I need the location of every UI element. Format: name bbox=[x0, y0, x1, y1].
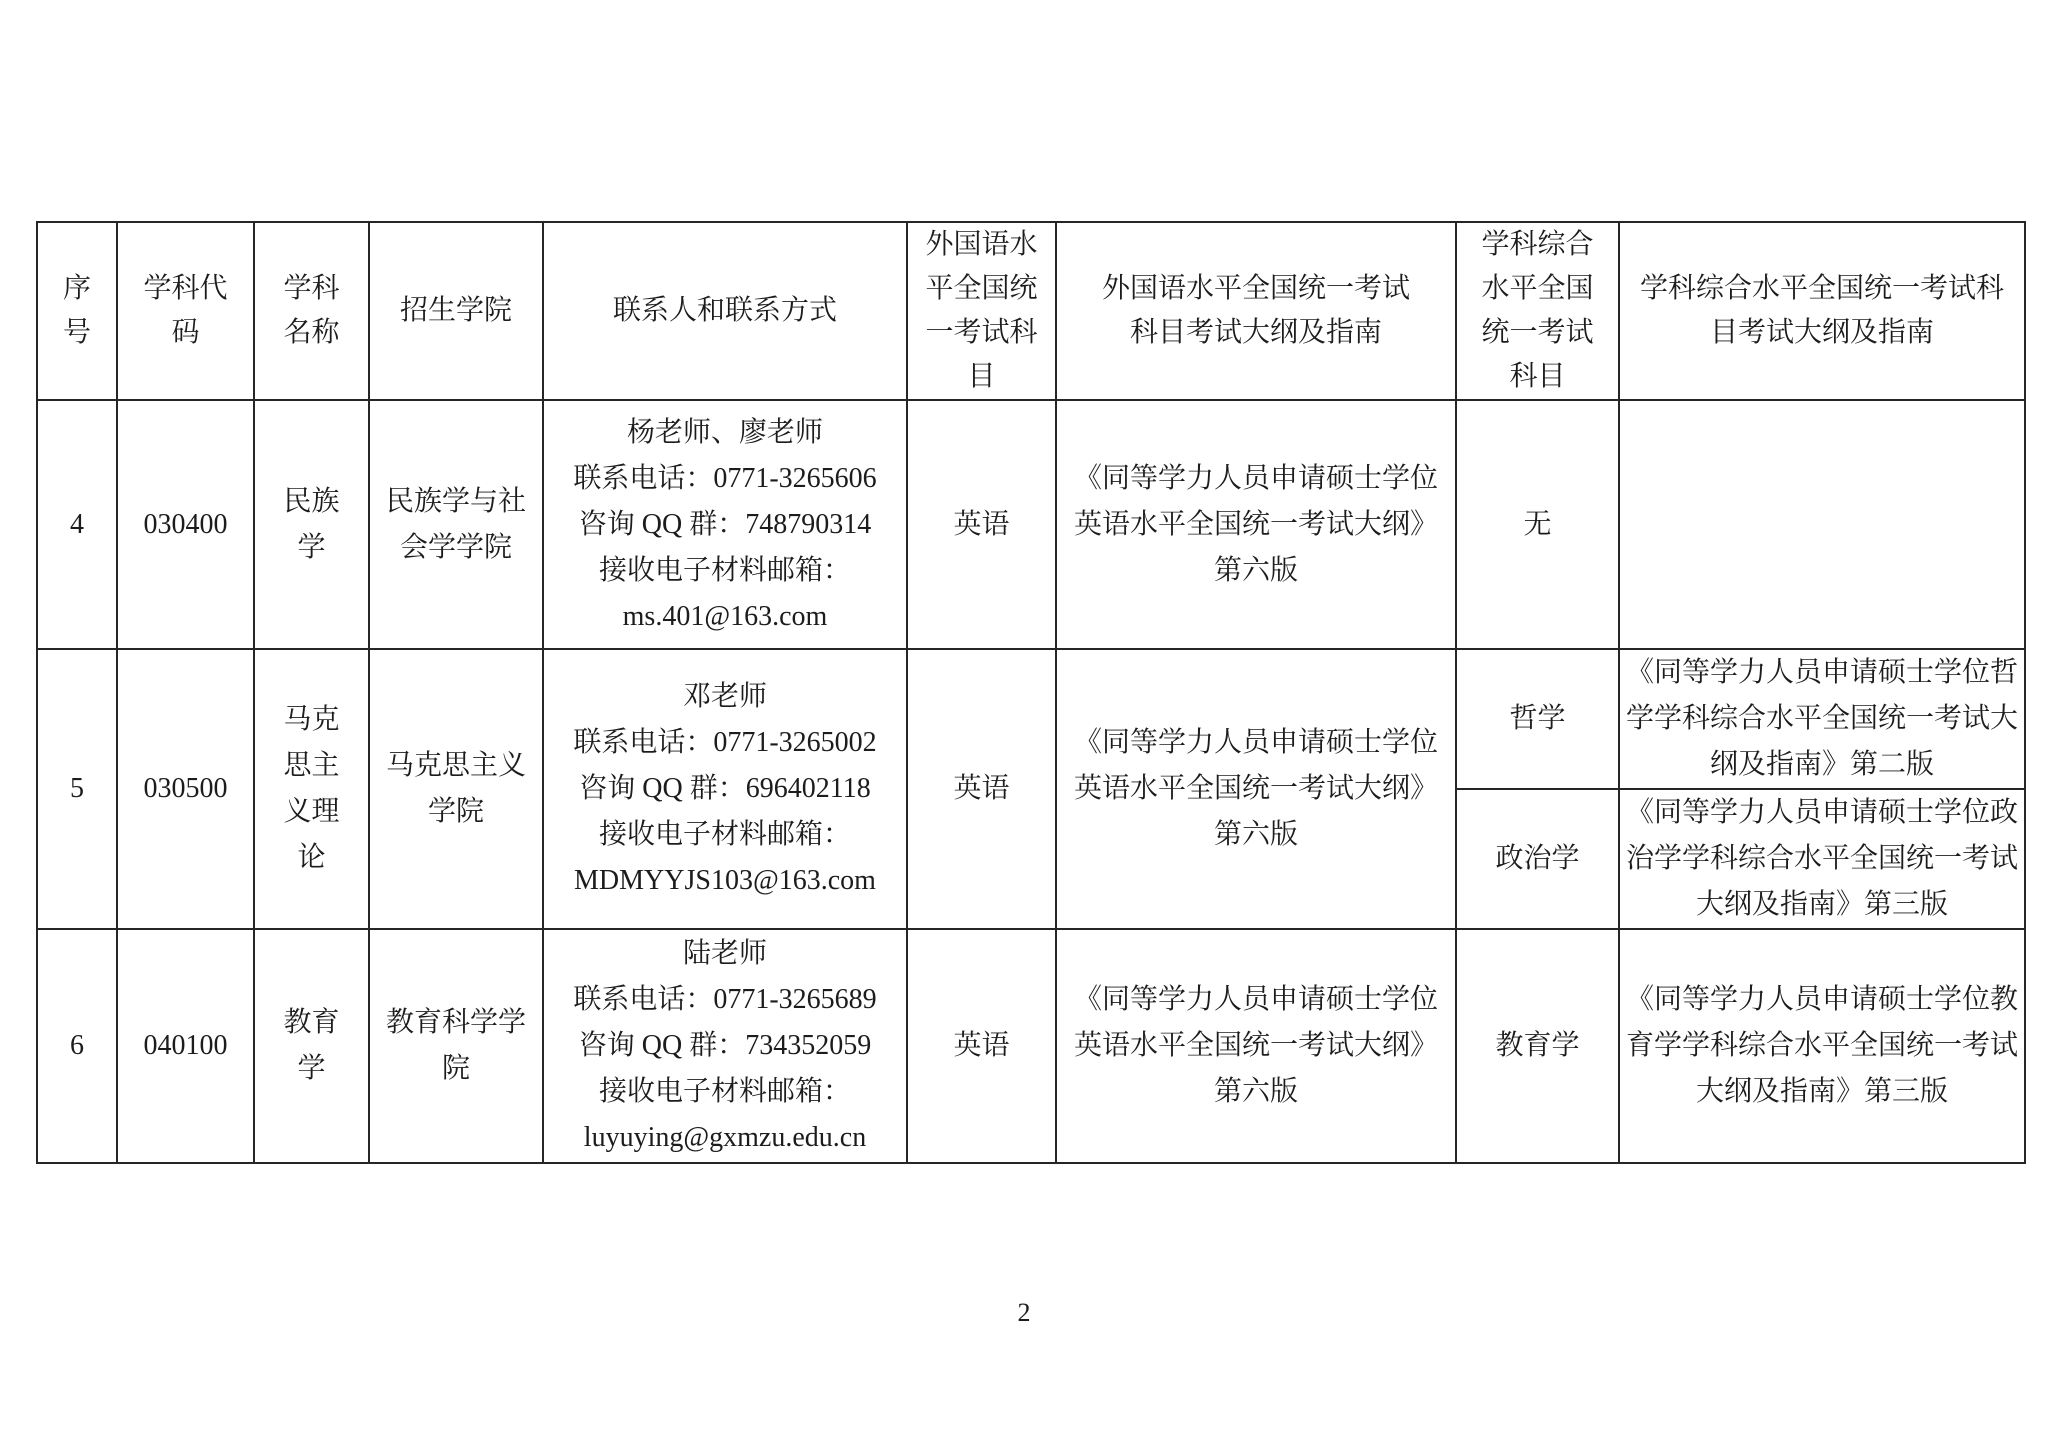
table-header-row: 序 号 学科代 码 学科 名称 招生学院 联系人和联系方式 外国语水 平全国统 … bbox=[37, 222, 2025, 400]
table-row: 6 040100 教育 学 教育科学学 院 陆老师 联系电话：0771-3265… bbox=[37, 929, 2025, 1163]
header-foreign-subject: 外国语水 平全国统 一考试科 目 bbox=[907, 222, 1056, 400]
header-contact: 联系人和联系方式 bbox=[543, 222, 907, 400]
cell-foreign-subject: 英语 bbox=[907, 929, 1056, 1163]
cell-index: 5 bbox=[37, 649, 117, 929]
cell-comprehensive-subject: 哲学 bbox=[1456, 649, 1619, 789]
header-subject-code: 学科代 码 bbox=[117, 222, 254, 400]
page-number: 2 bbox=[0, 1298, 2048, 1328]
cell-comprehensive-outline bbox=[1619, 400, 2025, 649]
document-page: 序 号 学科代 码 学科 名称 招生学院 联系人和联系方式 外国语水 平全国统 … bbox=[0, 0, 2048, 1448]
cell-comprehensive-subject: 教育学 bbox=[1456, 929, 1619, 1163]
cell-college: 民族学与社 会学学院 bbox=[369, 400, 543, 649]
cell-subject-code: 030500 bbox=[117, 649, 254, 929]
cell-comprehensive-subject: 政治学 bbox=[1456, 789, 1619, 929]
cell-contact: 邓老师 联系电话：0771-3265002 咨询 QQ 群：696402118 … bbox=[543, 649, 907, 929]
cell-contact: 陆老师 联系电话：0771-3265689 咨询 QQ 群：734352059 … bbox=[543, 929, 907, 1163]
header-foreign-outline: 外国语水平全国统一考试 科目考试大纲及指南 bbox=[1056, 222, 1456, 400]
cell-comprehensive-outline: 《同等学力人员申请硕士学位哲学学科综合水平全国统一考试大纲及指南》第二版 bbox=[1619, 649, 2025, 789]
cell-subject-name: 马克 思主 义理 论 bbox=[254, 649, 369, 929]
cell-college: 教育科学学 院 bbox=[369, 929, 543, 1163]
cell-college: 马克思主义 学院 bbox=[369, 649, 543, 929]
header-index: 序 号 bbox=[37, 222, 117, 400]
header-comprehensive-outline: 学科综合水平全国统一考试科 目考试大纲及指南 bbox=[1619, 222, 2025, 400]
table-row: 4 030400 民族 学 民族学与社 会学学院 杨老师、廖老师 联系电话：07… bbox=[37, 400, 2025, 649]
cell-comprehensive-outline: 《同等学力人员申请硕士学位政治学学科综合水平全国统一考试大纲及指南》第三版 bbox=[1619, 789, 2025, 929]
cell-index: 4 bbox=[37, 400, 117, 649]
header-subject-name: 学科 名称 bbox=[254, 222, 369, 400]
table-row: 5 030500 马克 思主 义理 论 马克思主义 学院 邓老师 联系电话：07… bbox=[37, 649, 2025, 789]
cell-subject-name: 民族 学 bbox=[254, 400, 369, 649]
cell-foreign-subject: 英语 bbox=[907, 649, 1056, 929]
cell-subject-code: 030400 bbox=[117, 400, 254, 649]
cell-subject-code: 040100 bbox=[117, 929, 254, 1163]
cell-comprehensive-subject: 无 bbox=[1456, 400, 1619, 649]
cell-foreign-outline: 《同等学力人员申请硕士学位英语水平全国统一考试大纲》第六版 bbox=[1056, 649, 1456, 929]
cell-foreign-outline: 《同等学力人员申请硕士学位英语水平全国统一考试大纲》第六版 bbox=[1056, 400, 1456, 649]
cell-foreign-outline: 《同等学力人员申请硕士学位英语水平全国统一考试大纲》第六版 bbox=[1056, 929, 1456, 1163]
cell-contact: 杨老师、廖老师 联系电话：0771-3265606 咨询 QQ 群：748790… bbox=[543, 400, 907, 649]
cell-foreign-subject: 英语 bbox=[907, 400, 1056, 649]
cell-index: 6 bbox=[37, 929, 117, 1163]
header-comprehensive-subject: 学科综合 水平全国 统一考试 科目 bbox=[1456, 222, 1619, 400]
cell-subject-name: 教育 学 bbox=[254, 929, 369, 1163]
header-college: 招生学院 bbox=[369, 222, 543, 400]
cell-comprehensive-outline: 《同等学力人员申请硕士学位教育学学科综合水平全国统一考试大纲及指南》第三版 bbox=[1619, 929, 2025, 1163]
programs-table: 序 号 学科代 码 学科 名称 招生学院 联系人和联系方式 外国语水 平全国统 … bbox=[36, 221, 2026, 1164]
